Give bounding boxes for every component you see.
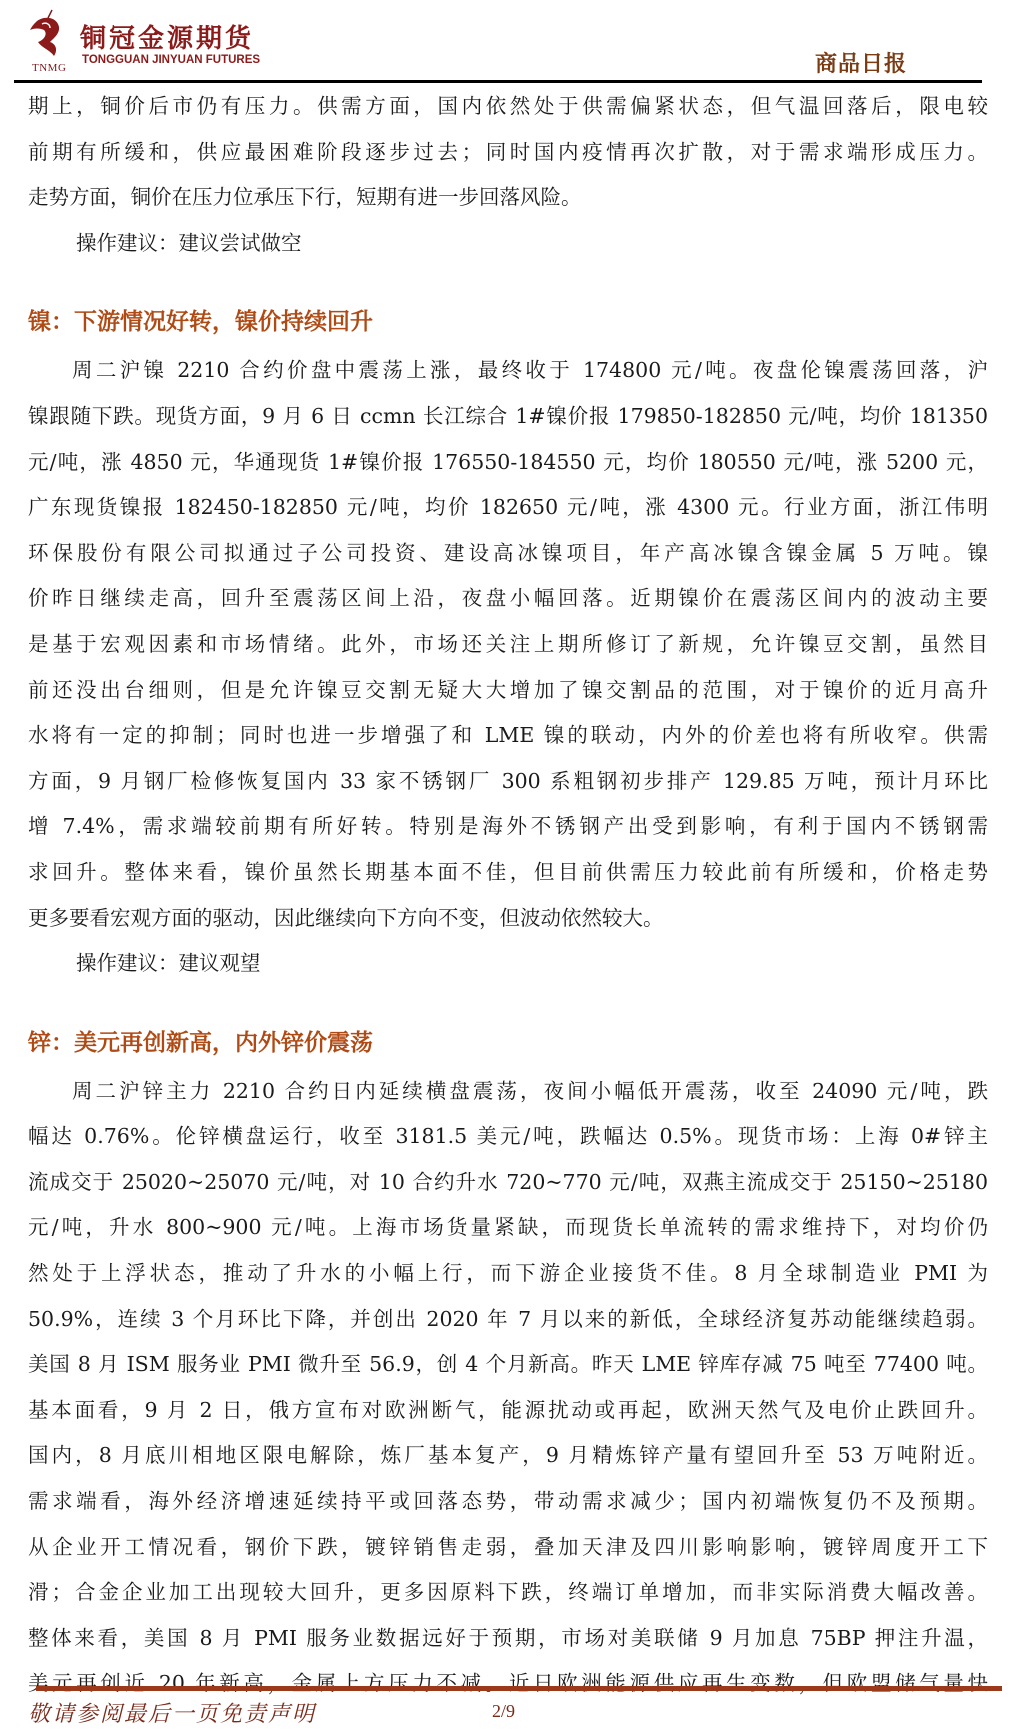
paragraph-line: 增 7.4%，需求端较前期有所好转。特别是海外不锈钢产出受到影响，有利于国内不锈…: [28, 804, 988, 850]
nickel-suggestion: 操作建议：建议观望: [28, 941, 988, 987]
nickel-section-title: 镍：下游情况好转，镍价持续回升: [28, 296, 988, 348]
logo-abbreviation: TNMG: [32, 62, 66, 74]
paragraph-line: 国内，8 月底川相地区限电解除，炼厂基本复产，9 月精炼锌产量有望回升至 53 …: [28, 1433, 988, 1479]
paragraph-line: 基本面看，9 月 2 日，俄方宣布对欧洲断气，能源扰动或再起，欧洲天然气及电价止…: [28, 1388, 988, 1434]
footer-divider: [36, 1686, 1002, 1691]
logo-company-name-en: TONGGUAN JINYUAN FUTURES: [82, 54, 260, 66]
paragraph-line: 前还没出台细则，但是允许镍豆交割无疑大大增加了镍交割品的范围，对于镍价的近月高升: [28, 668, 988, 714]
spacer: [28, 266, 988, 296]
paragraph-line: 从企业开工情况看，钢价下跌，镀锌销售走弱，叠加天津及四川影响影响，镀锌周度开工下: [28, 1525, 988, 1571]
paragraph-line: 求回升。整体来看，镍价虽然长期基本面不佳，但目前供需压力较此前有所缓和，价格走势: [28, 850, 988, 896]
paragraph-line: 元/吨，升水 800~900 元/吨。上海市场货量紧缺，而现货长单流转的需求维持…: [28, 1205, 988, 1251]
paragraph-line: 元/吨，涨 4850 元，华通现货 1#镍价报 176550-184550 元，…: [28, 440, 988, 486]
company-logo: TNMG 铜冠金源期货 TONGGUAN JINYUAN FUTURES: [28, 8, 268, 74]
paragraph-line: 镍跟随下跌。现货方面，9 月 6 日 ccmn 长江综合 1#镍价报 17985…: [28, 394, 988, 440]
paragraph-line: 广东现货镍报 182450-182850 元/吨，均价 182650 元/吨，涨…: [28, 485, 988, 531]
header-divider: [14, 80, 982, 83]
paragraph-line: 幅达 0.76%。伦锌横盘运行，收至 3181.5 美元/吨，跌幅达 0.5%。…: [28, 1114, 988, 1160]
paragraph-line: 然处于上浮状态，推动了升水的小幅上行，而下游企业接货不佳。8 月全球制造业 PM…: [28, 1251, 988, 1297]
paragraph-line: 周二沪锌主力 2210 合约日内延续横盘震荡，夜间小幅低开震荡，收至 24090…: [28, 1069, 988, 1115]
paragraph-line: 期上，铜价后市仍有压力。供需方面，国内依然处于供需偏紧状态，但气温回落后，限电较: [28, 84, 988, 130]
paragraph-line: 走势方面，铜价在压力位承压下行，短期有进一步回落风险。: [28, 175, 988, 221]
copper-suggestion: 操作建议：建议尝试做空: [28, 221, 988, 267]
disclaimer-note: 敬请参阅最后一页免责声明: [28, 1697, 316, 1728]
paragraph-line: 更多要看宏观方面的驱动，因此继续向下方向不变，但波动依然较大。: [28, 896, 988, 942]
tnmg-logo-icon: [28, 8, 72, 58]
report-type-label: 商品日报: [815, 47, 907, 78]
paragraph-line: 需求端看，海外经济增速延续持平或回落态势，带动需求减少；国内初端恢复仍不及预期。: [28, 1479, 988, 1525]
report-body: 期上，铜价后市仍有压力。供需方面，国内依然处于供需偏紧状态，但气温回落后，限电较…: [28, 84, 988, 1707]
page-header: TNMG 铜冠金源期货 TONGGUAN JINYUAN FUTURES 商品日…: [0, 0, 1015, 80]
paragraph-line: 美国 8 月 ISM 服务业 PMI 微升至 56.9，创 4 个月新高。昨天 …: [28, 1342, 988, 1388]
page-number: 2/9: [492, 1701, 515, 1722]
paragraph-line: 流成交于 25020~25070 元/吨，对 10 合约升水 720~770 元…: [28, 1160, 988, 1206]
paragraph-line: 滑；合金企业加工出现较大回升，更多因原料下跌，终端订单增加，而非实际消费大幅改善…: [28, 1570, 988, 1616]
paragraph-line: 水将有一定的抑制；同时也进一步增强了和 LME 镍的联动，内外的价差也将有所收窄…: [28, 713, 988, 759]
logo-company-name-cn: 铜冠金源期货: [80, 18, 254, 55]
zinc-section-title: 锌：美元再创新高，内外锌价震荡: [28, 1017, 988, 1069]
paragraph-line: 环保股份有限公司拟通过子公司投资、建设高冰镍项目，年产高冰镍含镍金属 5 万吨。…: [28, 531, 988, 577]
paragraph-line: 50.9%，连续 3 个月环比下降，并创出 2020 年 7 月以来的新低，全球…: [28, 1297, 988, 1343]
paragraph-line: 价昨日继续走高，回升至震荡区间上沿，夜盘小幅回落。近期镍价在震荡区间内的波动主要: [28, 576, 988, 622]
spacer: [28, 987, 988, 1017]
zinc-section: 锌：美元再创新高，内外锌价震荡 周二沪锌主力 2210 合约日内延续横盘震荡，夜…: [28, 1017, 988, 1707]
paragraph-line: 周二沪镍 2210 合约价盘中震荡上涨，最终收于 174800 元/吨。夜盘伦镍…: [28, 348, 988, 394]
paragraph-line: 前期有所缓和，供应最困难阶段逐步过去；同时国内疫情再次扩散，对于需求端形成压力。: [28, 130, 988, 176]
paragraph-line: 整体来看，美国 8 月 PMI 服务业数据远好于预期，市场对美联储 9 月加息 …: [28, 1616, 988, 1662]
paragraph-line: 方面，9 月钢厂检修恢复国内 33 家不锈钢厂 300 系粗钢初步排产 129.…: [28, 759, 988, 805]
paragraph-line: 是基于宏观因素和市场情绪。此外，市场还关注上期所修订了新规，允许镍豆交割，虽然目: [28, 622, 988, 668]
nickel-section: 镍：下游情况好转，镍价持续回升 周二沪镍 2210 合约价盘中震荡上涨，最终收于…: [28, 296, 988, 986]
copper-section-continued: 期上，铜价后市仍有压力。供需方面，国内依然处于供需偏紧状态，但气温回落后，限电较…: [28, 84, 988, 266]
